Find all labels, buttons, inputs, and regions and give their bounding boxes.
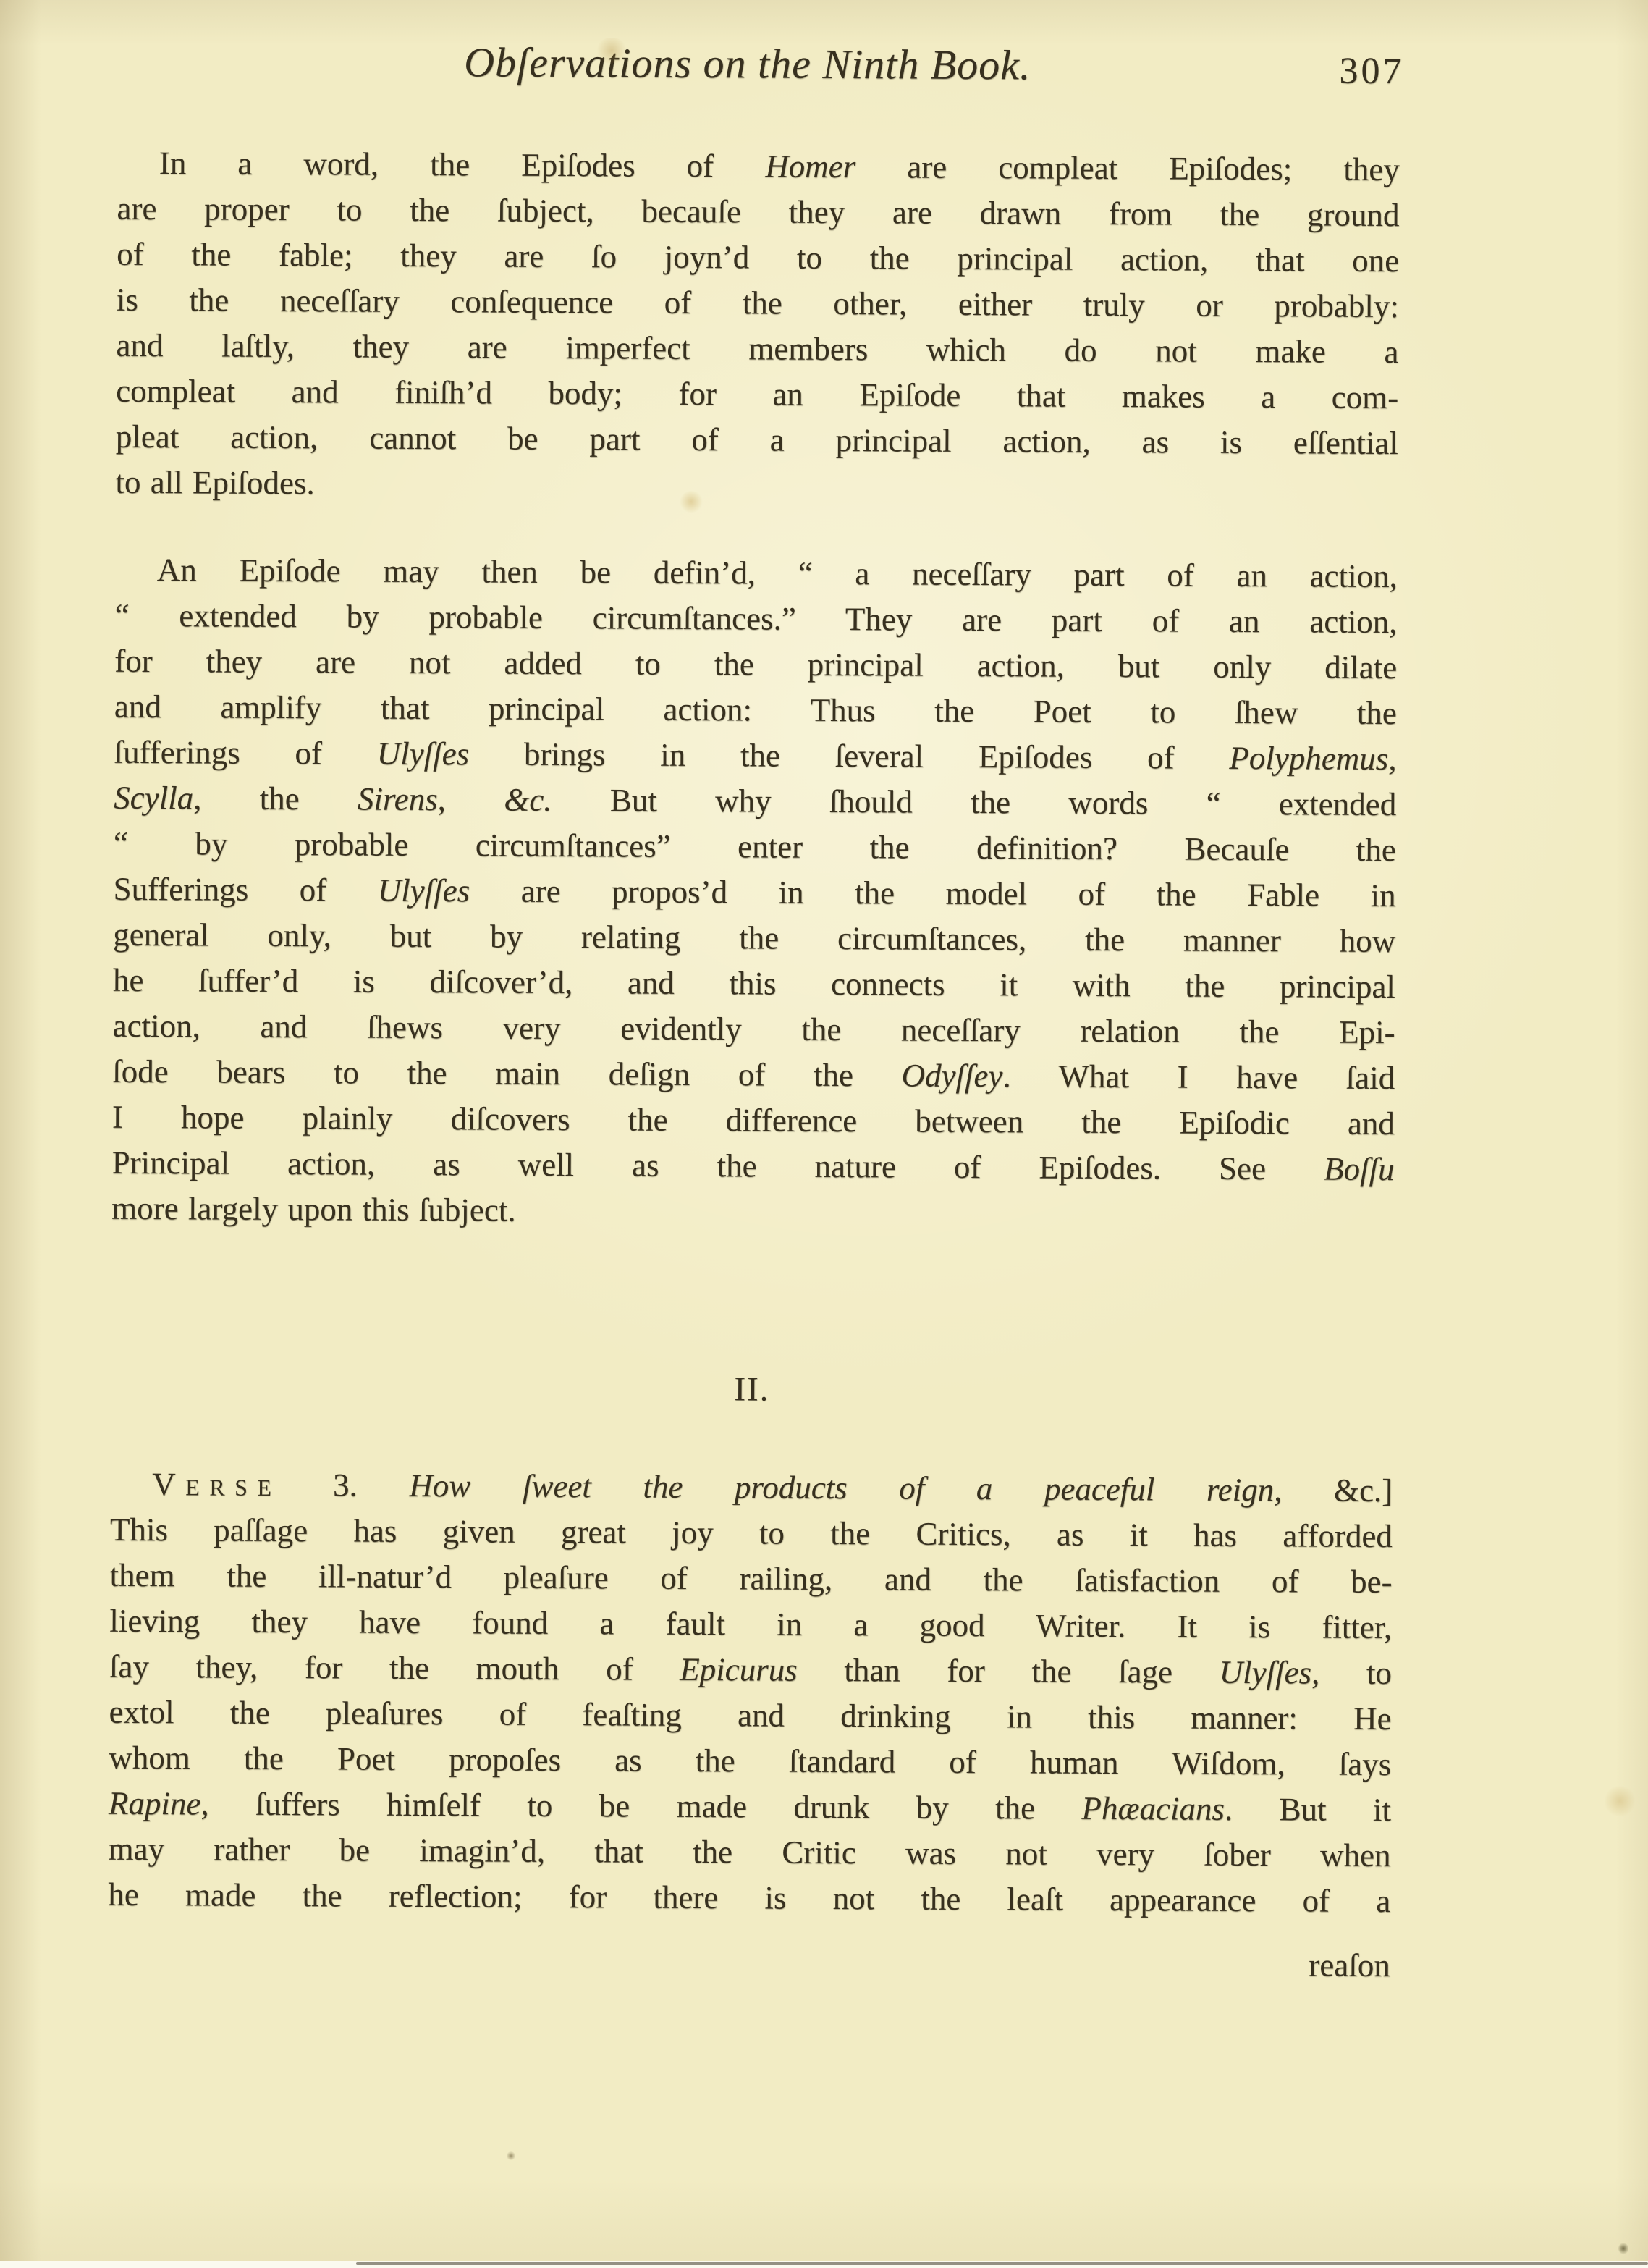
ink-speck (507, 2151, 515, 2160)
paragraph: In a word, the Epiſodes of Homer are com… (115, 140, 1400, 512)
body-text: are proper to the ſubject, becauſe they … (117, 190, 1399, 233)
text-line: Verse 3. How ſweet the products of a pea… (110, 1462, 1393, 1514)
body-text: than for the ſage (798, 1652, 1220, 1690)
text-line: and laſtly, they are imperfect members w… (116, 323, 1398, 375)
text-line: he made the reflection; for there is not… (108, 1872, 1390, 1924)
italic-text: Phæacians (1081, 1790, 1225, 1827)
text-line: them the ill-natur’d pleaſure of railing… (109, 1553, 1392, 1605)
text-line: Scylla, the Sirens, &c. But why ſhould t… (114, 775, 1396, 827)
text-line: more largely upon this ſubject. (111, 1186, 1394, 1238)
body-text: This paſſage has given great joy to the … (110, 1512, 1393, 1554)
section-heading: II. (111, 1364, 1393, 1416)
text-line: action, and ſhews very evidently the nec… (112, 1003, 1395, 1055)
text-line: This paſſage has given great joy to the … (110, 1507, 1393, 1559)
body-text: are compleat Epiſodes; they (855, 148, 1400, 187)
body-text: he made the reflection; for there is not… (108, 1876, 1390, 1919)
body-text: them the ill-natur’d pleaſure of railing… (109, 1557, 1392, 1600)
body-text: and laſtly, they are imperfect members w… (116, 327, 1398, 370)
text-line: In a word, the Epiſodes of Homer are com… (117, 140, 1400, 193)
italic-text: Scylla (114, 780, 193, 817)
observation-text: In a word, the Epiſodes of Homer are com… (111, 140, 1400, 1238)
body-text: . What I have ſaid (1002, 1058, 1395, 1096)
body-text: whom the Poet propoſes as the ſtandard o… (109, 1740, 1391, 1782)
italic-text: Epicurus (680, 1651, 798, 1688)
italic-text: Sirens (358, 781, 438, 818)
foxing-spot (1604, 1785, 1636, 1817)
body-text: “ extended by probable circumſtances.” T… (114, 597, 1397, 640)
italic-text: &c. (504, 782, 552, 818)
italic-text: Ulyſſes (1219, 1654, 1311, 1691)
body-text: An Epiſode may then be defin’d, “ a nece… (157, 552, 1398, 594)
body-text: “ by probable circumſtances” enter the d… (114, 825, 1396, 868)
text-line: Sufferings of Ulyſſes are propos’d in th… (113, 867, 1395, 919)
text-line: and amplify that principal action: Thus … (114, 684, 1397, 736)
body-text: is the neceſſary conſequence of the othe… (117, 282, 1399, 324)
page-header: Obſervations on the Ninth Book. 307 (117, 30, 1400, 98)
body-text: he ſuffer’d is diſcover’d, and this conn… (113, 962, 1395, 1005)
text-line: may rather be imagin’d, that the Critic … (108, 1826, 1390, 1879)
italic-text: Odyſſey (901, 1057, 1002, 1094)
body-text: ſay they, for the mouth of (109, 1648, 680, 1687)
text-line: Rapine, ſuffers himſelf to be made drunk… (109, 1781, 1391, 1833)
body-text: general only, but by relating the circum… (113, 916, 1395, 959)
text-line: of the fable; they are ſo joyn’d to the … (117, 232, 1399, 284)
ink-speck (1618, 2243, 1628, 2254)
text-line: to all Epiſodes. (115, 460, 1398, 512)
body-text: In a word, the Epiſodes of (159, 145, 766, 184)
text-line: ſufferings of Ulyſſes brings in the ſeve… (114, 730, 1396, 782)
body-text: action, and ſhews very evidently the nec… (112, 1008, 1395, 1050)
book-page: Obſervations on the Ninth Book. 307 In a… (0, 0, 1648, 2268)
paragraph: An Epiſode may then be defin’d, “ a nece… (111, 547, 1398, 1238)
text-line: An Epiſode may then be defin’d, “ a nece… (115, 547, 1398, 599)
body-text: of the fable; they are ſo joyn’d to the … (117, 236, 1399, 279)
body-text: Principal action, as well as the nature … (111, 1144, 1324, 1187)
text-line: for they are not added to the principal … (114, 638, 1397, 691)
body-text: . But it (1225, 1791, 1391, 1828)
body-text: and amplify that principal action: Thus … (114, 688, 1397, 731)
page-number: 307 (1339, 41, 1404, 102)
text-line: ſode bears to the main deſign of the Ody… (112, 1049, 1395, 1101)
body-text: , (438, 781, 504, 817)
body-text: ſode bears to the main deſign of the (112, 1053, 902, 1094)
text-line: ſay they, for the mouth of Epicurus than… (109, 1644, 1392, 1696)
text-line: whom the Poet propoſes as the ſtandard o… (109, 1735, 1391, 1787)
text-line: “ extended by probable circumſtances.” T… (114, 593, 1397, 645)
italic-text: Ulyſſes (377, 735, 470, 772)
text-line: extol the pleaſures of feaſting and drin… (109, 1690, 1391, 1742)
body-text: Sufferings of (113, 871, 377, 909)
body-text: &c.] (1282, 1472, 1393, 1509)
body-text: ſufferings of (114, 734, 376, 772)
paragraph: Verse 3. How ſweet the products of a pea… (108, 1462, 1393, 1924)
italic-text: Boſſu (1324, 1151, 1395, 1188)
page-content: Obſervations on the Ninth Book. 307 In a… (0, 0, 1400, 1989)
catchword-row: reaſon (108, 1936, 1390, 1989)
italic-text: Polyphemus, (1229, 740, 1396, 777)
catchword: reaſon (1309, 1947, 1390, 1984)
text-line: general only, but by relating the circum… (113, 912, 1395, 964)
body-text: more largely upon this ſubject. (111, 1190, 516, 1228)
text-line: are proper to the ſubject, becauſe they … (117, 186, 1399, 238)
body-text: compleat and finiſh’d body; for an Epiſo… (116, 373, 1398, 416)
italic-text: Ulyſſes (378, 872, 470, 909)
text-line: compleat and finiſh’d body; for an Epiſo… (116, 368, 1398, 421)
body-text: I hope plainly diſcovers the difference … (112, 1099, 1395, 1142)
text-line: “ by probable circumſtances” enter the d… (114, 821, 1396, 873)
body-text: to all Epiſodes. (115, 464, 314, 501)
text-line: pleat action, cannot be part of a princi… (116, 414, 1398, 466)
italic-text: Homer (765, 148, 855, 185)
body-text: may rather be imagin’d, that the Critic … (108, 1831, 1390, 1873)
body-text: , the (193, 780, 358, 817)
text-line: Principal action, as well as the nature … (111, 1140, 1394, 1192)
body-text: lieving they have found a fault in a goo… (109, 1603, 1392, 1645)
body-text: 3. (281, 1467, 409, 1504)
text-line: I hope plainly diſcovers the difference … (112, 1095, 1395, 1147)
text-line: lieving they have found a fault in a goo… (109, 1598, 1392, 1651)
body-text: brings in the ſeveral Epiſodes of (469, 735, 1229, 775)
text-line: is the neceſſary conſequence of the othe… (117, 277, 1399, 329)
scan-edge-line (356, 2262, 1648, 2265)
small-caps-text: Verse (152, 1466, 281, 1503)
body-text: , to (1311, 1654, 1392, 1691)
body-text: extol the pleaſures of feaſting and drin… (109, 1694, 1391, 1737)
italic-text: How ſweet the products of a peaceful rei… (409, 1467, 1282, 1508)
verse-note-text: Verse 3. How ſweet the products of a pea… (108, 1462, 1393, 1924)
body-text: for they are not added to the principal … (114, 643, 1397, 686)
body-text: are propos’d in the model of the Fable i… (470, 872, 1396, 914)
body-text: , ſuffers himſelf to be made drunk by th… (200, 1785, 1081, 1826)
body-text: But why ſhould the words “ extended (552, 782, 1396, 822)
text-line: he ſuffer’d is diſcover’d, and this conn… (113, 958, 1395, 1010)
running-title: Obſervations on the Ninth Book. (464, 32, 1031, 96)
body-text: pleat action, cannot be part of a princi… (116, 418, 1398, 461)
italic-text: Rapine (109, 1785, 201, 1822)
